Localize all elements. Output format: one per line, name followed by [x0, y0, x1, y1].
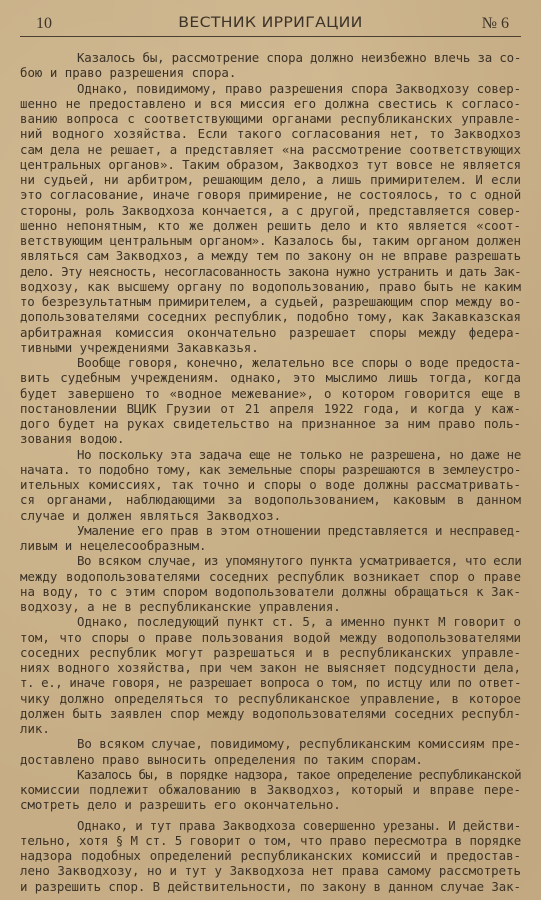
text-line: должен быть заявлен спор между водопольз… — [20, 706, 521, 721]
running-head: 10 ВЕСТНИК ИРРИГАЦИИ № 6 — [20, 12, 521, 37]
text-line: ниях водного хозяйства, при чем закон не… — [20, 660, 521, 675]
text-line: ни судьей, ни арбитром, решающим дело, а… — [20, 172, 521, 187]
text-line: и разрешить спор. В действительности, по… — [20, 879, 521, 894]
paragraph: Вообще говоря, конечно, желательно все с… — [20, 355, 521, 447]
text-line: т. е., иначе говоря, не разрешает вопрос… — [20, 675, 521, 690]
paragraph: Во всяком случае, из упомянутого пункта … — [20, 553, 521, 614]
text-line: вить судебным учреждениям. однако, это м… — [20, 370, 521, 385]
journal-title: ВЕСТНИК ИРРИГАЦИИ — [0, 15, 541, 31]
text-line: чику должно определяться то республиканс… — [20, 691, 521, 706]
text-line: Казалось бы, в порядке надзора, такое оп… — [20, 767, 521, 782]
text-line: допользователями соседних республик, под… — [20, 309, 521, 324]
article-body: Казалось бы, рассмотрение спора должно н… — [20, 50, 521, 894]
text-line: шенно непонятным, кто же должен решить д… — [20, 218, 521, 233]
text-line: лик. — [20, 721, 521, 736]
text-line: Во всяком случае, повидимому, республика… — [20, 736, 521, 751]
text-line: дого будет на руках свидетельство на при… — [20, 416, 521, 431]
text-line: Умаление его прав в этом отношении предс… — [20, 523, 521, 538]
text-line: ний водного хозяйства. Если такого согла… — [20, 126, 521, 141]
text-line: то безрезультатным примирителем, а судье… — [20, 294, 521, 309]
text-line: ливым и нецелесообразным. — [20, 538, 521, 553]
text-line: шенно не предоставлено и вся миссия его … — [20, 96, 521, 111]
paragraph: Во всяком случае, повидимому, республика… — [20, 736, 521, 767]
text-line: водхозу, а не в республиканские управлен… — [20, 599, 521, 614]
text-line: надзора подобных определений республикан… — [20, 848, 521, 863]
issue-number: № 6 — [482, 15, 509, 33]
text-line: Однако, повидимому, право разрешения спо… — [20, 81, 521, 96]
paragraph: Однако, повидимому, право разрешения спо… — [20, 81, 521, 356]
text-line: комиссии подлежит обжалованию в Закводхо… — [20, 782, 521, 797]
text-line: Вообще говоря, конечно, желательно все с… — [20, 355, 521, 370]
text-line: центральных органов». Таким образом, Зак… — [20, 157, 521, 172]
text-line: ительных комиссиях, так точно и споры о … — [20, 477, 521, 492]
text-line: постановлении ВЦИК Грузии от 21 апреля 1… — [20, 401, 521, 416]
paragraph: Умаление его прав в этом отношении предс… — [20, 523, 521, 554]
text-line: ванию вопроса с соответствующими органам… — [20, 111, 521, 126]
paragraph: Однако, и тут права Закводхоза совершенн… — [20, 818, 521, 894]
text-line: Однако, и тут права Закводхоза совершенн… — [20, 818, 521, 833]
text-line: начата. то подобно тому, как земельные с… — [20, 462, 521, 477]
text-line: Казалось бы, рассмотрение спора должно н… — [20, 50, 521, 65]
journal-page: 10 ВЕСТНИК ИРРИГАЦИИ № 6 Казалось бы, ра… — [0, 0, 541, 900]
text-line: сам дела не решает, а представляет «на р… — [20, 142, 521, 157]
text-line: Но поскольку эта задача еще не только не… — [20, 447, 521, 462]
text-line: соседних республик могут разрешаться и в… — [20, 645, 521, 660]
text-line: том, что споры о праве пользования водой… — [20, 630, 521, 645]
paragraph: Казалось бы, в порядке надзора, такое оп… — [20, 767, 521, 813]
text-line: являться сам Закводхоз, а между тем по з… — [20, 248, 521, 263]
text-line: Однако, последующий пункт ст. 5, а именн… — [20, 614, 521, 629]
text-line: бою и право разрешения спора. — [20, 65, 521, 80]
paragraph: Но поскольку эта задача еще не только не… — [20, 447, 521, 523]
text-line: будет завершено то «водное межевание», о… — [20, 386, 521, 401]
text-line: дело. Эту неясность, несогласованность з… — [20, 264, 521, 279]
text-line: ветствующим центральным органом». Казало… — [20, 233, 521, 248]
text-line: зования водою. — [20, 431, 521, 446]
text-line: арбитражная комиссия окончательно разреш… — [20, 325, 521, 340]
text-line: водхозу, как высшему органу по водопольз… — [20, 279, 521, 294]
text-line: стороны, роль Закводхоза кончается, а с … — [20, 203, 521, 218]
paragraph: Однако, последующий пункт ст. 5, а именн… — [20, 614, 521, 736]
text-line: смотреть дело и разрешить его окончатель… — [20, 797, 521, 812]
text-line: на воду, то с этим спором водопользовате… — [20, 584, 521, 599]
text-line: тельно, хотя § М ст. 5 говорит о том, чт… — [20, 833, 521, 848]
text-line: ся органами, наблюдающими за водопользов… — [20, 492, 521, 507]
text-line: доставлено право выносить определения по… — [20, 752, 521, 767]
paragraph: Казалось бы, рассмотрение спора должно н… — [20, 50, 521, 81]
text-line: Во всяком случае, из упомянутого пункта … — [20, 553, 521, 568]
text-line: это согласование, иначе говоря примирени… — [20, 187, 521, 202]
text-line: случае и должен являться Закводхоз. — [20, 508, 521, 523]
text-line: лено Закводхозу, но и тут у Закводхоза н… — [20, 863, 521, 878]
text-line: между водопользователями соседних респуб… — [20, 569, 521, 584]
text-line: тивными учреждениями Закавказья. — [20, 340, 521, 355]
